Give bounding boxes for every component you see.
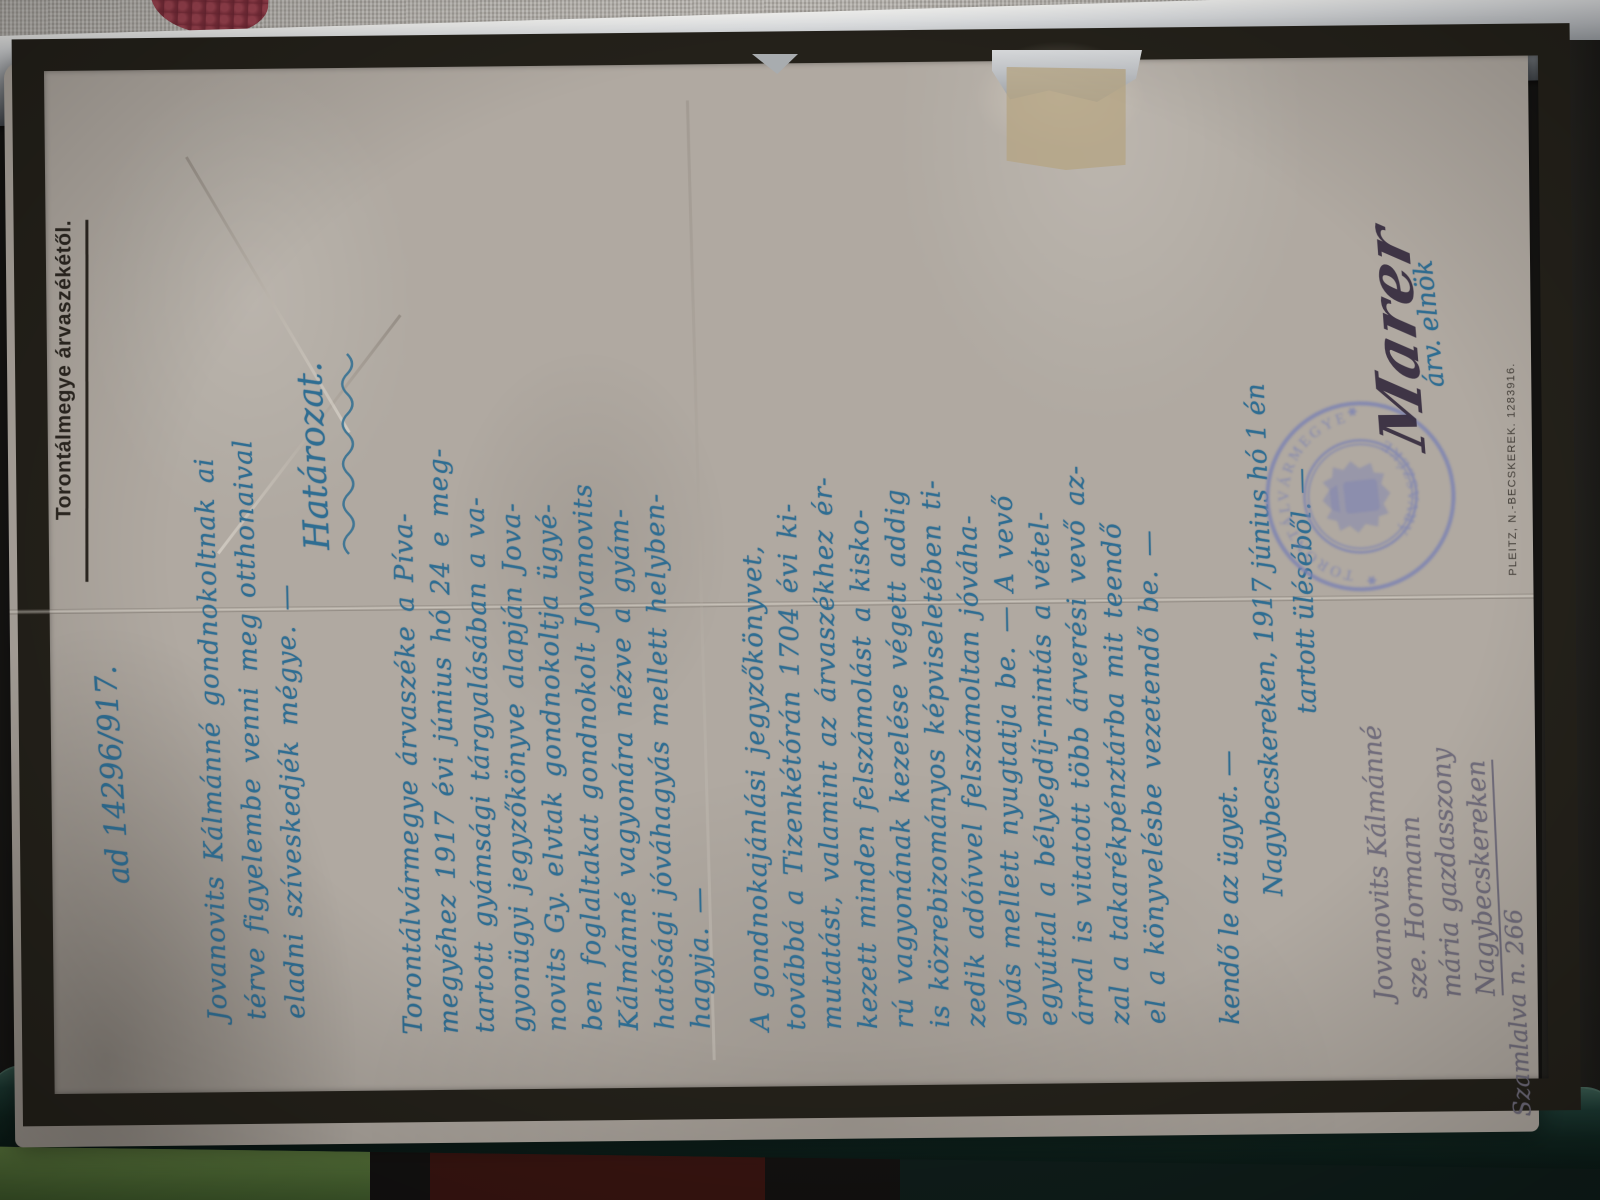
- paragraph-1: Torontálvármegye árvaszéke a Píva- megyé…: [379, 179, 719, 1035]
- stamp-coat-of-arms: [1319, 457, 1395, 536]
- floor-green-patch: [0, 1146, 370, 1200]
- floor-red-patch: [430, 1150, 765, 1200]
- decision-heading: Határozat.: [290, 361, 339, 551]
- pencil-names-block: Jovanovits Kálmánné sze. Hormann mária g…: [1347, 526, 1504, 1002]
- printer-imprint: PLEITZ, N.-BECSKEREK. 1283916.: [1505, 362, 1519, 575]
- stamp-separator-right: ✱: [1345, 403, 1360, 418]
- intro-paragraph: Jovanovits Kálmánné gondnokoltnak ai tér…: [180, 209, 317, 1022]
- heading-underline-flourish: [337, 328, 365, 558]
- printed-letterhead: Torontálmegye árvaszékétől.: [51, 220, 88, 582]
- closing-sentence: kendő le az ügyet. —: [1213, 750, 1246, 1025]
- paragraph-2: A gondnokajánlási jegyzőkönyvet, továbbá…: [728, 174, 1175, 1031]
- photo-scene: Torontálmegye árvaszékétől. ad 14296/917…: [0, 0, 1600, 1200]
- tape-repair: [1001, 63, 1130, 173]
- document-page: Torontálmegye árvaszékétől. ad 14296/917…: [4, 47, 1539, 1148]
